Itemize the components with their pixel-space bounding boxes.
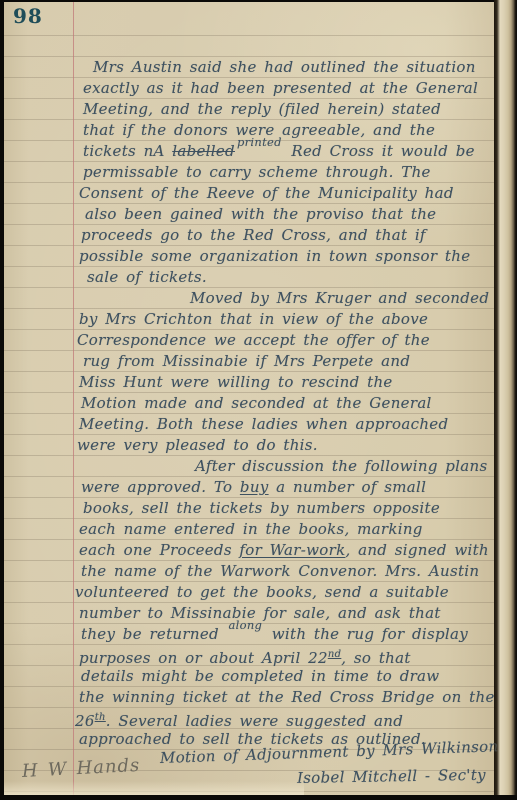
manuscript-segment: Moved by Mrs Kruger and seconded <box>190 289 489 307</box>
manuscript-line: exactly as it had been presented at the … <box>83 78 478 98</box>
manuscript-line: by Mrs Crichton that in view of the abov… <box>79 309 428 329</box>
manuscript-segment: Motion made and seconded at the General <box>81 394 432 412</box>
manuscript-strike-segment: labelled <box>172 142 235 160</box>
manuscript-line: Miss Hunt were willing to rescind the <box>79 372 393 392</box>
manuscript-segment: Isobel Mitchell - Sec'ty <box>297 766 486 787</box>
scan-border <box>0 795 517 800</box>
manuscript-segment: Consent of the Reeve of the Municipality… <box>79 184 454 202</box>
manuscript-line: Meeting. Both these ladies when approach… <box>79 414 448 434</box>
manuscript-line: each one Proceeds for War-work, and sign… <box>79 540 489 560</box>
manuscript-line: books, sell the tickets by numbers oppos… <box>83 498 440 518</box>
manuscript-segment: each one Proceeds <box>79 541 239 559</box>
manuscript-line: Meeting, and the reply (filed herein) st… <box>83 99 441 119</box>
manuscript-segment: the name of the Warwork Convenor. Mrs. A… <box>81 562 479 580</box>
manuscript-line: permissable to carry scheme through. The <box>83 162 431 182</box>
manuscript-line: 26th. Several ladies were suggested and <box>75 708 403 731</box>
manuscript-sup-segment: nd <box>328 649 341 660</box>
manuscript-segment: by Mrs Crichton that in view of the abov… <box>79 310 428 328</box>
manuscript-segment: possible some organization in town spons… <box>79 247 470 265</box>
manuscript-segment: were very pleased to do this. <box>77 436 318 454</box>
manuscript-segment: each name entered in the books, marking <box>79 520 423 538</box>
manuscript-line: were very pleased to do this. <box>77 435 318 455</box>
manuscript-line: volunteered to get the books, send a sui… <box>75 582 449 602</box>
manuscript-segment: permissable to carry scheme through. The <box>83 163 431 181</box>
manuscript-segment: the winning ticket at the Red Cross Brid… <box>79 688 495 706</box>
manuscript-segment: tickets nA <box>83 142 172 160</box>
manuscript-sup-segment: th <box>95 712 106 723</box>
manuscript-u-segment: buy <box>240 478 269 496</box>
manuscript-line: Mrs Austin said she had outlined the sit… <box>93 57 476 77</box>
manuscript-line: they be returned along with the rug for … <box>81 624 468 645</box>
manuscript-segment: rug from Missinabie if Mrs Perpete and <box>83 352 410 370</box>
manuscript-line: Moved by Mrs Kruger and seconded <box>190 288 489 308</box>
manuscript-segment: , so that <box>341 649 410 667</box>
manuscript-segment: Mrs Austin said she had outlined the sit… <box>93 58 476 76</box>
manuscript-segment: After discussion the following plans <box>195 457 487 475</box>
manuscript-line: possible some organization in town spons… <box>79 246 470 266</box>
manuscript-segment: details might be completed in time to dr… <box>81 667 439 685</box>
manuscript-u-segment: for War-work <box>239 541 345 559</box>
manuscript-segment: proceeds go to the Red Cross, and that i… <box>81 226 426 244</box>
manuscript-segment: Correspondence we accept the offer of th… <box>77 331 430 349</box>
manuscript-line: each name entered in the books, marking <box>79 519 423 539</box>
page-bottom-edge-highlight <box>4 781 304 795</box>
manuscript-line: were approved. To buy a number of small <box>81 477 426 497</box>
manuscript-segment: they be returned <box>81 625 226 643</box>
manuscript-line: After discussion the following plans <box>195 456 487 476</box>
manuscript-segment: were approved. To <box>81 478 240 496</box>
manuscript-line: proceeds go to the Red Cross, and that i… <box>81 225 426 245</box>
manuscript-segment: Red Cross it would be <box>284 142 475 160</box>
manuscript-text: Mrs Austin said she had outlined the sit… <box>4 2 494 795</box>
manuscript-ins-segment: along <box>228 618 262 632</box>
manuscript-segment: Meeting, and the reply (filed herein) st… <box>83 100 441 118</box>
manuscript-line: sale of tickets. <box>87 267 207 287</box>
manuscript-line: details might be completed in time to dr… <box>81 666 439 686</box>
manuscript-line: the winning ticket at the Red Cross Brid… <box>79 687 495 707</box>
secretary-signature: Isobel Mitchell - Sec'ty <box>297 765 486 788</box>
manuscript-line: tickets nA labelledprinted Red Cross it … <box>83 141 475 162</box>
manuscript-segment: also been gained with the proviso that t… <box>85 205 436 223</box>
manuscript-segment: sale of tickets. <box>87 268 207 286</box>
manuscript-segment: , and signed with <box>345 541 488 559</box>
manuscript-segment: H W Hands <box>21 755 140 782</box>
manuscript-segment: volunteered to get the books, send a sui… <box>75 583 449 601</box>
adjacent-page-edge <box>494 0 517 800</box>
manuscript-segment: a number of small <box>269 478 427 496</box>
manuscript-line: the name of the Warwork Convenor. Mrs. A… <box>81 561 479 581</box>
scanned-minute-book-page: 98 Mrs Austin said she had outlined the … <box>0 0 517 800</box>
manuscript-segment: exactly as it had been presented at the … <box>83 79 478 97</box>
pencil-signature: H W Hands <box>21 756 140 782</box>
manuscript-line: Correspondence we accept the offer of th… <box>77 330 430 350</box>
manuscript-line: Motion made and seconded at the General <box>81 393 432 413</box>
manuscript-segment: 26 <box>75 712 95 730</box>
manuscript-line: rug from Missinabie if Mrs Perpete and <box>83 351 410 371</box>
manuscript-segment: purposes on or about April 22 <box>79 649 328 667</box>
ledger-paper: 98 Mrs Austin said she had outlined the … <box>4 2 494 795</box>
manuscript-line: purposes on or about April 22nd, so that <box>79 645 411 668</box>
manuscript-segment: Miss Hunt were willing to rescind the <box>79 373 393 391</box>
manuscript-segment: books, sell the tickets by numbers oppos… <box>83 499 440 517</box>
manuscript-line: also been gained with the proviso that t… <box>85 204 436 224</box>
manuscript-segment: . Several ladies were suggested and <box>106 712 403 730</box>
manuscript-ins-segment: printed <box>237 135 282 149</box>
manuscript-segment: Meeting. Both these ladies when approach… <box>79 415 448 433</box>
manuscript-segment: with the rug for display <box>264 625 468 643</box>
manuscript-line: Consent of the Reeve of the Municipality… <box>79 183 454 203</box>
